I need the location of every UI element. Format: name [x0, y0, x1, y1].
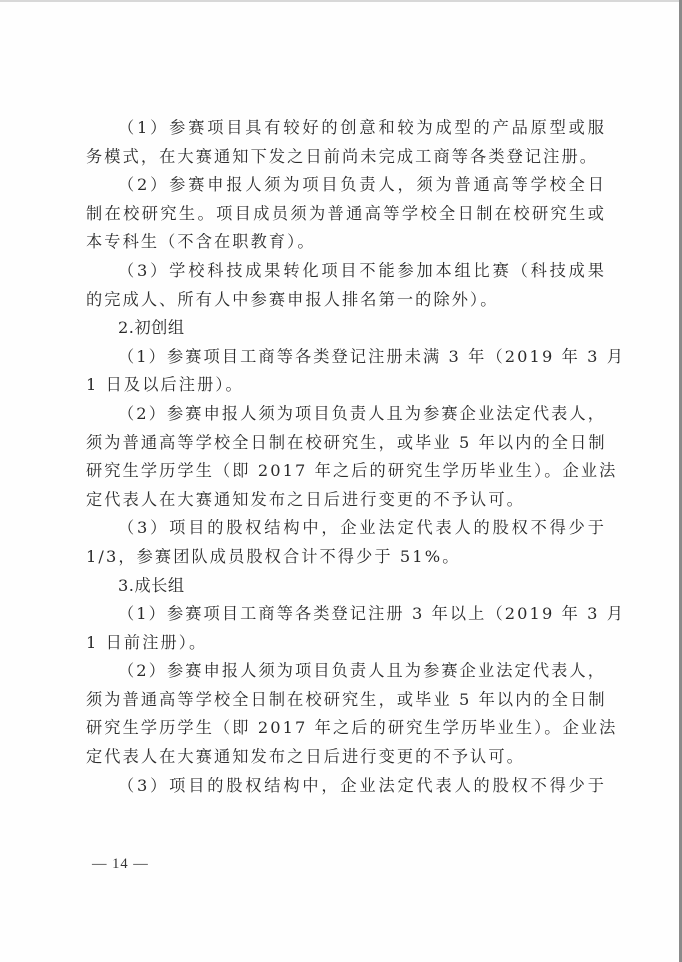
- text-line: 定代表人在大赛通知发布之日后进行变更的不予认可。: [86, 743, 606, 772]
- page-number: — 14 —: [92, 856, 149, 873]
- text-line: 研究生学历学生（即 2017 年之后的研究生学历毕业生）。企业法: [86, 714, 606, 743]
- text-line: （1）参赛项目工商等各类登记注册未满 3 年（2019 年 3 月: [86, 343, 606, 372]
- paragraph-3: （3）学校科技成果转化项目不能参加本组比赛（科技成果 的完成人、所有人中参赛申报…: [86, 257, 606, 314]
- text-line: 定代表人在大赛通知发布之日后进行变更的不予认可。: [86, 486, 606, 515]
- text-line: （1）参赛项目具有较好的创意和较为成型的产品原型或服: [86, 114, 606, 143]
- text-line: 本专科生（不含在职教育）。: [86, 228, 606, 257]
- text-line: （3）项目的股权结构中，企业法定代表人的股权不得少于: [86, 514, 606, 543]
- text-line: 1 日及以后注册）。: [86, 371, 606, 400]
- text-line: 研究生学历学生（即 2017 年之后的研究生学历毕业生）。企业法: [86, 457, 606, 486]
- document-body: （1）参赛项目具有较好的创意和较为成型的产品原型或服 务模式，在大赛通知下发之日…: [86, 114, 606, 800]
- section-heading-growth-group: 3.成长组: [86, 572, 606, 601]
- paragraph-6: （3）项目的股权结构中，企业法定代表人的股权不得少于 1/3，参赛团队成员股权合…: [86, 514, 606, 571]
- text-line: 务模式，在大赛通知下发之日前尚未完成工商等各类登记注册。: [86, 143, 606, 172]
- section-heading-startup-group: 2.初创组: [86, 314, 606, 343]
- paragraph-7: （1）参赛项目工商等各类登记注册 3 年以上（2019 年 3 月 1 日前注册…: [86, 600, 606, 657]
- text-line: 须为普通高等学校全日制在校研究生，或毕业 5 年以内的全日制: [86, 686, 606, 715]
- text-line: （2）参赛申报人须为项目负责人，须为普通高等学校全日: [86, 171, 606, 200]
- text-line: 须为普通高等学校全日制在校研究生，或毕业 5 年以内的全日制: [86, 429, 606, 458]
- paragraph-2: （2）参赛申报人须为项目负责人，须为普通高等学校全日 制在校研究生。项目成员须为…: [86, 171, 606, 257]
- text-line: （3）项目的股权结构中，企业法定代表人的股权不得少于: [86, 772, 606, 801]
- paragraph-5: （2）参赛申报人须为项目负责人且为参赛企业法定代表人， 须为普通高等学校全日制在…: [86, 400, 606, 514]
- text-line: （2）参赛申报人须为项目负责人且为参赛企业法定代表人，: [86, 657, 606, 686]
- paragraph-4: （1）参赛项目工商等各类登记注册未满 3 年（2019 年 3 月 1 日及以后…: [86, 343, 606, 400]
- text-line: 1/3，参赛团队成员股权合计不得少于 51%。: [86, 543, 606, 572]
- text-line: （2）参赛申报人须为项目负责人且为参赛企业法定代表人，: [86, 400, 606, 429]
- text-line: 的完成人、所有人中参赛申报人排名第一的除外）。: [86, 286, 606, 315]
- scan-edge-top: [0, 0, 682, 2]
- text-line: （3）学校科技成果转化项目不能参加本组比赛（科技成果: [86, 257, 606, 286]
- text-line: （1）参赛项目工商等各类登记注册 3 年以上（2019 年 3 月: [86, 600, 606, 629]
- paragraph-9: （3）项目的股权结构中，企业法定代表人的股权不得少于: [86, 772, 606, 801]
- paragraph-1: （1）参赛项目具有较好的创意和较为成型的产品原型或服 务模式，在大赛通知下发之日…: [86, 114, 606, 171]
- text-line: 制在校研究生。项目成员须为普通高等学校全日制在校研究生或: [86, 200, 606, 229]
- text-line: 1 日前注册）。: [86, 629, 606, 658]
- paragraph-8: （2）参赛申报人须为项目负责人且为参赛企业法定代表人， 须为普通高等学校全日制在…: [86, 657, 606, 771]
